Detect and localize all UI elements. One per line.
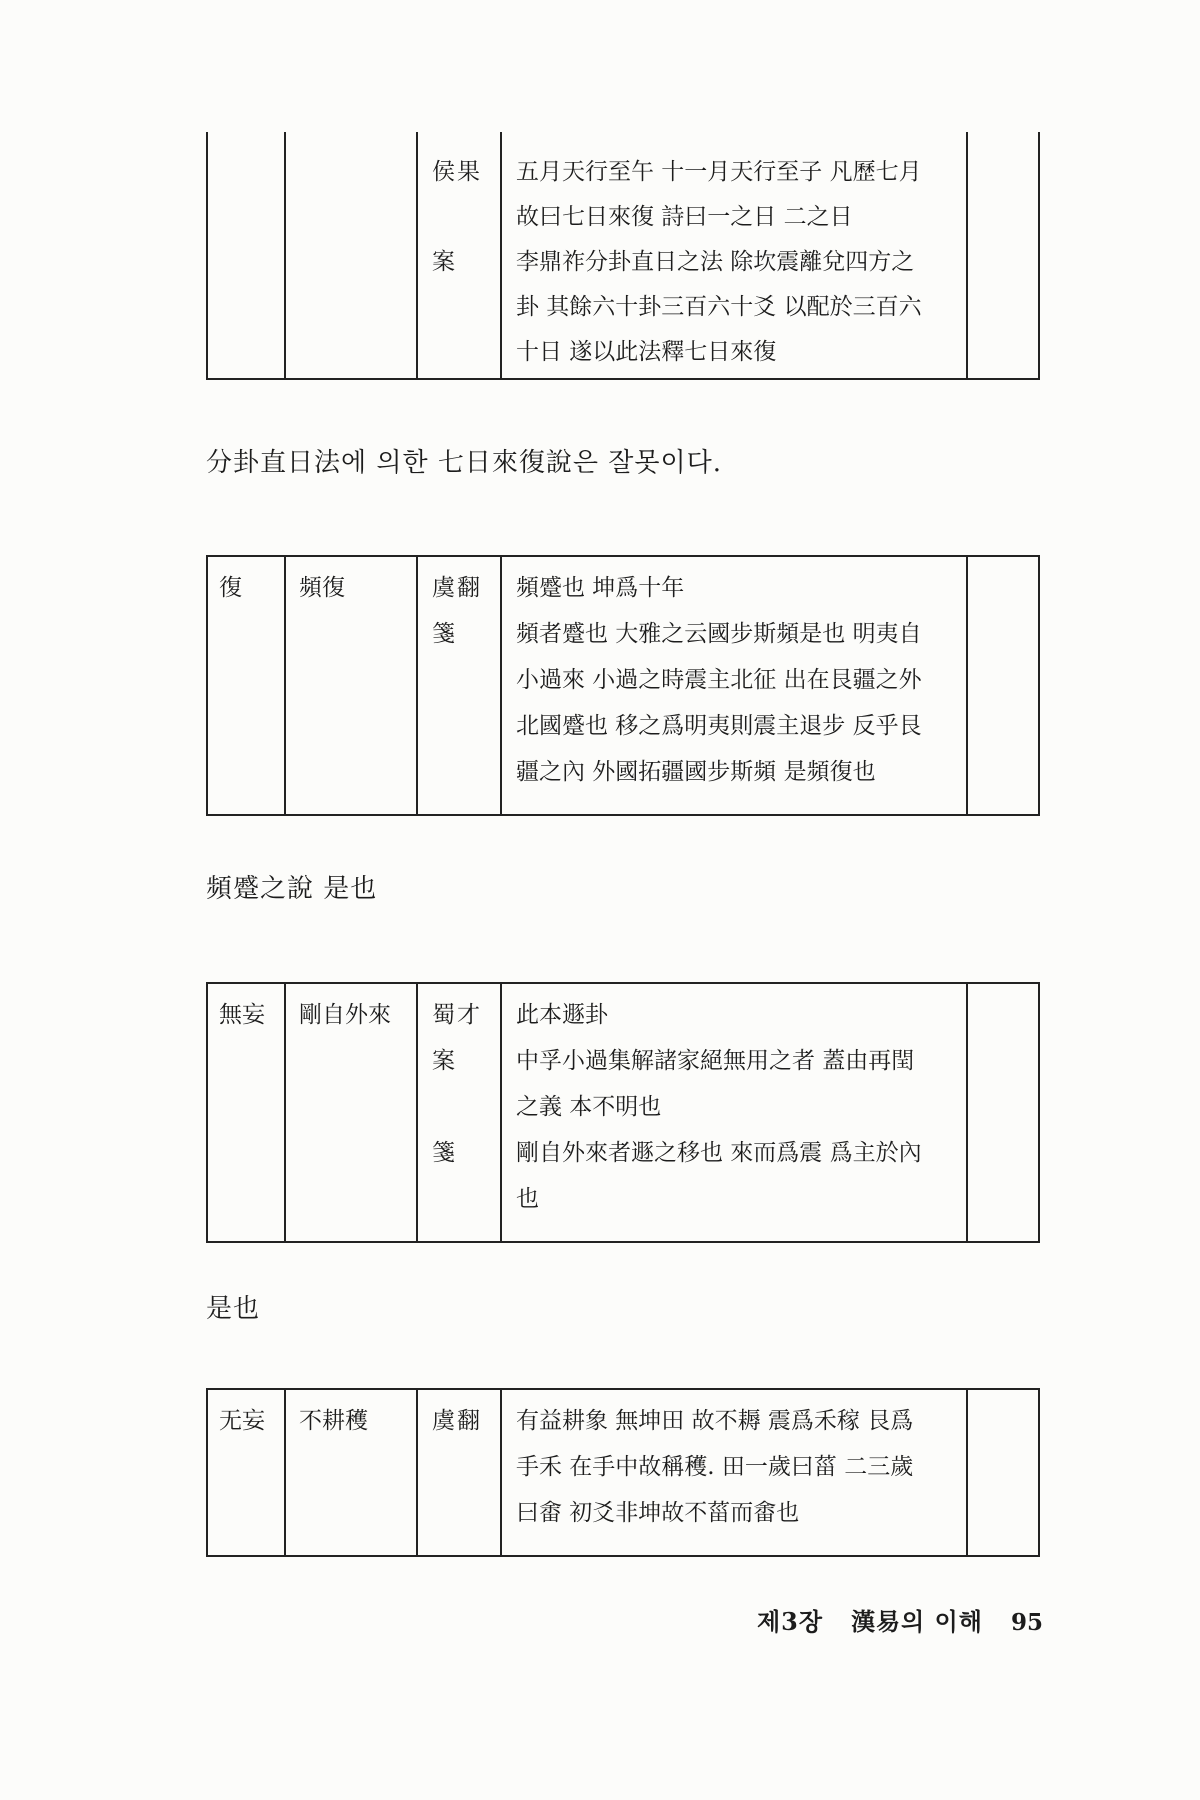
page-footer: 제3장 漢易의 이해 95 xyxy=(683,1602,1043,1637)
source-label: 案 xyxy=(432,1038,500,1084)
commentary-cell: 此本遯卦中孚小過集解諸家絕無用之者 蓋由再閏之義 本不明也剛自外來者遯之移也 來… xyxy=(502,984,968,1241)
commentary-line: 故曰七日來復 詩曰一之日 二之日 xyxy=(516,195,966,240)
hexagram-label: 无妄 xyxy=(219,1398,284,1444)
evaluation-note: 分卦直日法에 의한 七日來復說은 잘못이다. xyxy=(206,442,722,479)
margin-cell xyxy=(968,132,1038,378)
commentary-cell: 頻蹙也 坤爲十年頻者蹙也 大雅之云國步斯頻是也 明夷自小過來 小過之時震主北征 … xyxy=(502,557,968,814)
source-label xyxy=(432,285,500,330)
commentary-line: 也 xyxy=(516,1176,966,1222)
evaluation-note: 是也 xyxy=(206,1288,260,1325)
phrase-cell: 頻復 xyxy=(286,557,418,814)
commentary-table-wu-wang-geng: 无妄不耕穫虞翻有益耕象 無坤田 故不耨 震爲禾稼 艮爲手禾 在手中故稱穫. 田一… xyxy=(206,1388,1040,1557)
source-cell: 侯果案 xyxy=(418,132,502,378)
phrase-label: 頻復 xyxy=(299,565,416,611)
source-label: 案 xyxy=(432,240,500,285)
commentary-line: 頻者蹙也 大雅之云國步斯頻是也 明夷自 xyxy=(516,611,966,657)
margin-cell xyxy=(968,1390,1038,1555)
commentary-line: 手禾 在手中故稱穫. 田一歲曰菑 二三歲 xyxy=(516,1444,966,1490)
source-label: 箋 xyxy=(432,611,500,657)
source-label: 虞翻 xyxy=(432,565,500,611)
commentary-table-pin-fu: 復頻復虞翻箋頻蹙也 坤爲十年頻者蹙也 大雅之云國步斯頻是也 明夷自小過來 小過之… xyxy=(206,555,1040,816)
commentary-cell: 五月天行至午 十一月天行至子 凡歷七月故曰七日來復 詩曰一之日 二之日李鼎祚分卦… xyxy=(502,132,968,378)
hexagram-cell xyxy=(208,132,286,378)
source-cell: 蜀才案箋 xyxy=(418,984,502,1241)
source-label xyxy=(432,703,500,749)
source-label xyxy=(432,1084,500,1130)
book-title: 漢易의 이해 xyxy=(851,1602,983,1637)
hexagram-label: 無妄 xyxy=(219,992,284,1038)
commentary-line: 剛自外來者遯之移也 來而爲震 爲主於內 xyxy=(516,1130,966,1176)
commentary-line: 曰畬 初爻非坤故不菑而畬也 xyxy=(516,1490,966,1536)
source-label xyxy=(432,657,500,703)
commentary-line: 小過來 小過之時震主北征 出在艮疆之外 xyxy=(516,657,966,703)
phrase-label xyxy=(299,150,416,195)
chapter-label: 제3장 xyxy=(757,1602,823,1637)
source-cell: 虞翻箋 xyxy=(418,557,502,814)
source-label: 箋 xyxy=(432,1130,500,1176)
commentary-line: 頻蹙也 坤爲十年 xyxy=(516,565,966,611)
commentary-line: 十日 遂以此法釋七日來復 xyxy=(516,330,966,375)
source-cell: 虞翻 xyxy=(418,1390,502,1555)
hexagram-cell: 無妄 xyxy=(208,984,286,1241)
source-label xyxy=(432,1444,500,1490)
commentary-line: 北國蹙也 移之爲明夷則震主退步 反乎艮 xyxy=(516,703,966,749)
phrase-label: 剛自外來 xyxy=(299,992,416,1038)
hexagram-cell: 復 xyxy=(208,557,286,814)
commentary-line: 有益耕象 無坤田 故不耨 震爲禾稼 艮爲 xyxy=(516,1398,966,1444)
scanned-book-page: 侯果案五月天行至午 十一月天行至子 凡歷七月故曰七日來復 詩曰一之日 二之日李鼎… xyxy=(0,0,1200,1800)
source-label xyxy=(432,1490,500,1536)
commentary-table-wu-wang-gang: 無妄剛自外來蜀才案箋此本遯卦中孚小過集解諸家絕無用之者 蓋由再閏之義 本不明也剛… xyxy=(206,982,1040,1243)
commentary-line: 中孚小過集解諸家絕無用之者 蓋由再閏 xyxy=(516,1038,966,1084)
page-number: 95 xyxy=(1011,1609,1043,1636)
commentary-cell: 有益耕象 無坤田 故不耨 震爲禾稼 艮爲手禾 在手中故稱穫. 田一歲曰菑 二三歲… xyxy=(502,1390,968,1555)
source-label xyxy=(432,749,500,795)
source-label: 虞翻 xyxy=(432,1398,500,1444)
hexagram-cell: 无妄 xyxy=(208,1390,286,1555)
source-label xyxy=(432,1176,500,1222)
commentary-line: 五月天行至午 十一月天行至子 凡歷七月 xyxy=(516,150,966,195)
phrase-cell: 不耕穫 xyxy=(286,1390,418,1555)
source-label xyxy=(432,195,500,240)
commentary-line: 之義 本不明也 xyxy=(516,1084,966,1130)
phrase-label: 不耕穫 xyxy=(299,1398,416,1444)
commentary-line: 李鼎祚分卦直日之法 除坎震離兌四方之 xyxy=(516,240,966,285)
source-label: 侯果 xyxy=(432,150,500,195)
margin-cell xyxy=(968,984,1038,1241)
evaluation-note: 頻蹙之說 是也 xyxy=(206,868,377,905)
hexagram-label: 復 xyxy=(219,565,284,611)
hexagram-label xyxy=(219,150,284,195)
commentary-line: 卦 其餘六十卦三百六十爻 以配於三百六 xyxy=(516,285,966,330)
source-label xyxy=(432,330,500,375)
commentary-table-continued: 侯果案五月天行至午 十一月天行至子 凡歷七月故曰七日來復 詩曰一之日 二之日李鼎… xyxy=(206,132,1040,380)
phrase-cell: 剛自外來 xyxy=(286,984,418,1241)
commentary-line: 疆之內 外國拓疆國步斯頻 是頻復也 xyxy=(516,749,966,795)
margin-cell xyxy=(968,557,1038,814)
source-label: 蜀才 xyxy=(432,992,500,1038)
commentary-line: 此本遯卦 xyxy=(516,992,966,1038)
phrase-cell xyxy=(286,132,418,378)
